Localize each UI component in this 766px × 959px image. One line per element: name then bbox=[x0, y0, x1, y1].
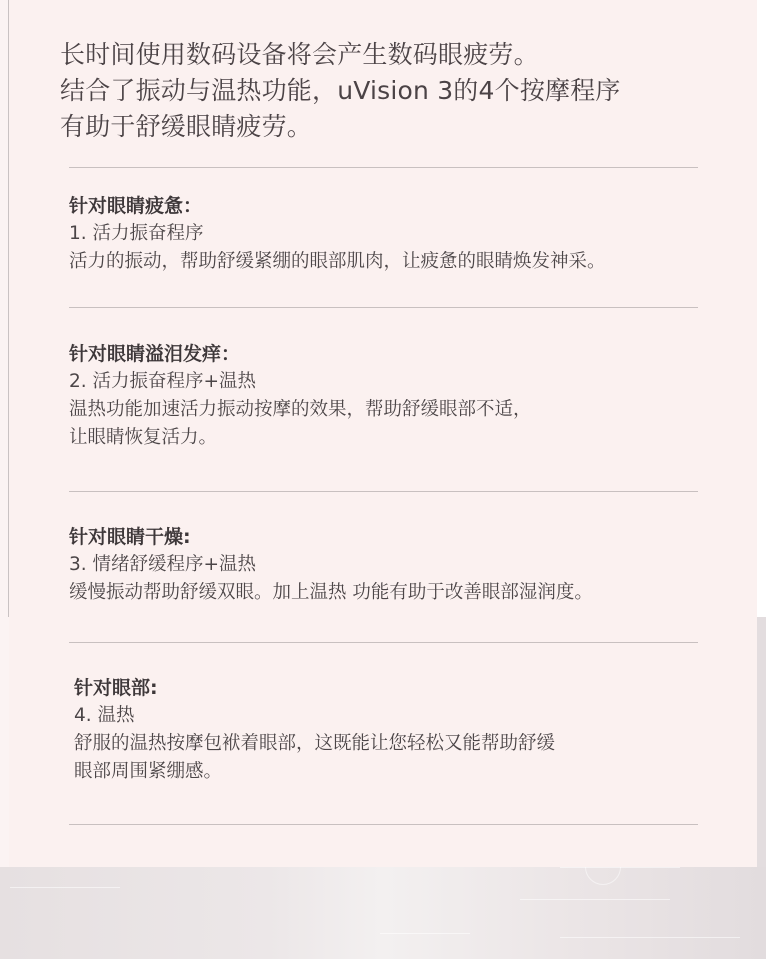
divider bbox=[69, 824, 698, 825]
section-eye-area: 针对眼部: 4. 温热 舒服的温热按摩包袱着眼部，这既能让您轻松又能帮助舒缓 眼… bbox=[74, 674, 734, 786]
section-heading: 针对眼睛溢泪发痒： bbox=[69, 340, 729, 368]
program-description: 让眼睛恢复活力。 bbox=[69, 424, 729, 452]
program-name: 2. 活力振奋程序+温热 bbox=[69, 368, 729, 396]
program-description: 眼部周围紧绷感。 bbox=[74, 758, 734, 786]
decorative-line bbox=[520, 899, 670, 900]
intro-line: 长时间使用数码设备将会产生数码眼疲劳。 bbox=[60, 37, 700, 73]
section-heading: 针对眼睛疲惫： bbox=[69, 192, 729, 220]
decorative-line bbox=[380, 933, 470, 934]
section-heading: 针对眼睛干燥: bbox=[69, 523, 729, 551]
decorative-line bbox=[10, 887, 120, 888]
program-description: 活力的振动，帮助舒缓紧绷的眼部肌肉，让疲惫的眼睛焕发神采。 bbox=[69, 248, 729, 276]
divider bbox=[69, 642, 698, 643]
decorative-circle bbox=[585, 867, 621, 885]
program-name: 4. 温热 bbox=[74, 702, 734, 730]
section-dry-eyes: 针对眼睛干燥: 3. 情绪舒缓程序+温热 缓慢振动帮助舒缓双眼。加上温热 功能有… bbox=[69, 523, 729, 607]
divider bbox=[69, 491, 698, 492]
section-watery-itchy-eyes: 针对眼睛溢泪发痒： 2. 活力振奋程序+温热 温热功能加速活力振动按摩的效果，帮… bbox=[69, 340, 729, 452]
program-description: 温热功能加速活力振动按摩的效果，帮助舒缓眼部不适， bbox=[69, 396, 729, 424]
program-description: 舒服的温热按摩包袱着眼部，这既能让您轻松又能帮助舒缓 bbox=[74, 730, 734, 758]
program-description: 缓慢振动帮助舒缓双眼。加上温热 功能有助于改善眼部湿润度。 bbox=[69, 579, 729, 607]
section-heading: 针对眼部: bbox=[74, 674, 734, 702]
program-name: 3. 情绪舒缓程序+温热 bbox=[69, 551, 729, 579]
divider bbox=[69, 167, 698, 168]
tech-background-image bbox=[0, 867, 766, 959]
divider bbox=[69, 307, 698, 308]
decorative-line bbox=[560, 937, 740, 938]
intro-line: 有助于舒缓眼睛疲劳。 bbox=[60, 109, 700, 145]
intro-text: 长时间使用数码设备将会产生数码眼疲劳。 结合了振动与温热功能，uVision 3… bbox=[60, 37, 700, 145]
program-name: 1. 活力振奋程序 bbox=[69, 220, 729, 248]
intro-line: 结合了振动与温热功能，uVision 3的4个按摩程序 bbox=[60, 73, 700, 109]
section-eye-fatigue: 针对眼睛疲惫： 1. 活力振奋程序 活力的振动，帮助舒缓紧绷的眼部肌肉，让疲惫的… bbox=[69, 192, 729, 276]
